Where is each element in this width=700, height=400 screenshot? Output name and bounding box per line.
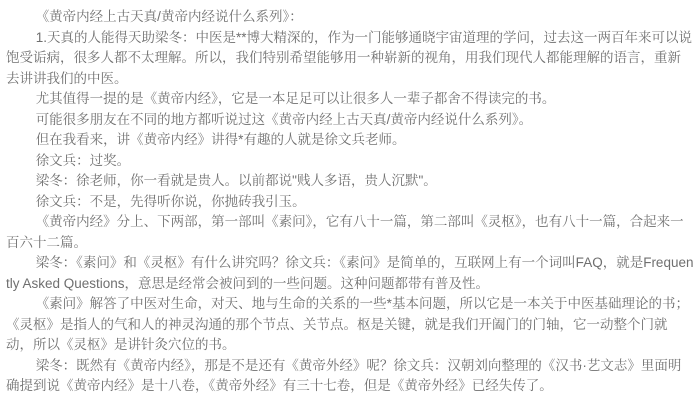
series-title: 《黄帝内经上古天真/黄帝内经说什么系列》： bbox=[6, 7, 694, 28]
paragraph: 徐文兵：不是，先得听你说，你抛砖我引玉。 bbox=[6, 192, 694, 213]
paragraph: 但在我看来，讲《黄帝内经》讲得*有趣的人就是徐文兵老师。 bbox=[6, 130, 694, 151]
paragraph: 可能很多朋友在不同的地方都听说过这《黄帝内经上古天真/黄帝内经说什么系列》。 bbox=[6, 110, 694, 131]
paragraph: 尤其值得一提的是《黄帝内经》，它是一本足足可以让很多人一辈子都舍不得读完的书。 bbox=[6, 89, 694, 110]
paragraph: 1.天真的人能得天助梁冬：中医是**博大精深的，作为一门能够通晓宇宙道理的学问，… bbox=[6, 28, 694, 90]
paragraph: 梁冬：既然有《黄帝内经》，那是不是还有《黄帝外经》呢？徐文兵：汉朝刘向整理的《汉… bbox=[6, 356, 694, 397]
paragraph: 《素问》解答了中医对生命，对天、地与生命的关系的一些*基本问题，所以它是一本关于… bbox=[6, 294, 694, 356]
paragraph: 梁冬：徐老师，你一看就是贵人。以前都说"贱人多语，贵人沉默"。 bbox=[6, 171, 694, 192]
paragraph: 徐文兵：过奖。 bbox=[6, 151, 694, 172]
text-page: 《黄帝内经上古天真/黄帝内经说什么系列》： 1.天真的人能得天助梁冬：中医是**… bbox=[0, 0, 700, 400]
paragraph: 《黄帝内经》分上、下两部，第一部叫《素问》，它有八十一篇，第二部叫《灵枢》，也有… bbox=[6, 212, 694, 253]
paragraph: 梁冬：《素问》和《灵枢》有什么讲究吗？徐文兵：《素问》是简单的，互联网上有一个词… bbox=[6, 253, 694, 294]
